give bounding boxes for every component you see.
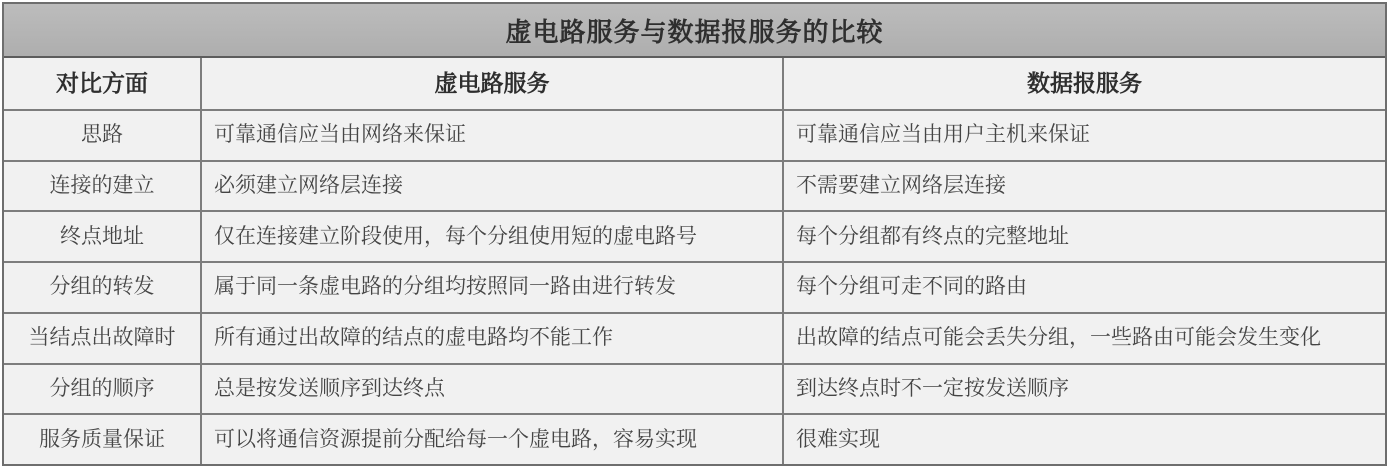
table-title: 虚电路服务与数据报服务的比较 — [505, 12, 883, 49]
cell-virtual-circuit: 可以将通信资源提前分配给每一个虚电路，容易实现 — [200, 415, 782, 464]
cell-aspect: 终点地址 — [4, 212, 200, 261]
cell-datagram: 出故障的结点可能会丢失分组，一些路由可能会发生变化 — [782, 314, 1385, 363]
cell-aspect: 分组的顺序 — [4, 365, 200, 414]
cell-aspect: 分组的转发 — [4, 263, 200, 312]
header-cell-virtual-circuit: 虚电路服务 — [200, 58, 782, 109]
cell-datagram: 到达终点时不一定按发送顺序 — [782, 365, 1385, 414]
cell-virtual-circuit: 仅在连接建立阶段使用，每个分组使用短的虚电路号 — [200, 212, 782, 261]
cell-virtual-circuit: 可靠通信应当由网络来保证 — [200, 111, 782, 160]
table-title-bar: 虚电路服务与数据报服务的比较 — [4, 4, 1385, 58]
table-row: 当结点出故障时 所有通过出故障的结点的虚电路均不能工作 出故障的结点可能会丢失分… — [4, 312, 1385, 363]
cell-virtual-circuit: 必须建立网络层连接 — [200, 162, 782, 211]
cell-datagram: 每个分组都有终点的完整地址 — [782, 212, 1385, 261]
cell-aspect: 思路 — [4, 111, 200, 160]
table-header-row: 对比方面 虚电路服务 数据报服务 — [4, 58, 1385, 109]
table-row: 分组的顺序 总是按发送顺序到达终点 到达终点时不一定按发送顺序 — [4, 363, 1385, 414]
comparison-table: 虚电路服务与数据报服务的比较 对比方面 虚电路服务 数据报服务 思路 可靠通信应… — [2, 2, 1387, 466]
table-row: 终点地址 仅在连接建立阶段使用，每个分组使用短的虚电路号 每个分组都有终点的完整… — [4, 210, 1385, 261]
cell-virtual-circuit: 总是按发送顺序到达终点 — [200, 365, 782, 414]
cell-datagram: 很难实现 — [782, 415, 1385, 464]
header-cell-aspect: 对比方面 — [4, 58, 200, 109]
table-row: 服务质量保证 可以将通信资源提前分配给每一个虚电路，容易实现 很难实现 — [4, 413, 1385, 464]
table-row: 分组的转发 属于同一条虚电路的分组均按照同一路由进行转发 每个分组可走不同的路由 — [4, 261, 1385, 312]
cell-virtual-circuit: 所有通过出故障的结点的虚电路均不能工作 — [200, 314, 782, 363]
table-row: 思路 可靠通信应当由网络来保证 可靠通信应当由用户主机来保证 — [4, 109, 1385, 160]
cell-virtual-circuit: 属于同一条虚电路的分组均按照同一路由进行转发 — [200, 263, 782, 312]
cell-datagram: 不需要建立网络层连接 — [782, 162, 1385, 211]
cell-aspect: 连接的建立 — [4, 162, 200, 211]
cell-aspect: 当结点出故障时 — [4, 314, 200, 363]
cell-datagram: 可靠通信应当由用户主机来保证 — [782, 111, 1385, 160]
table-row: 连接的建立 必须建立网络层连接 不需要建立网络层连接 — [4, 160, 1385, 211]
cell-aspect: 服务质量保证 — [4, 415, 200, 464]
page: 虚电路服务与数据报服务的比较 对比方面 虚电路服务 数据报服务 思路 可靠通信应… — [0, 0, 1392, 468]
header-cell-datagram: 数据报服务 — [782, 58, 1385, 109]
cell-datagram: 每个分组可走不同的路由 — [782, 263, 1385, 312]
